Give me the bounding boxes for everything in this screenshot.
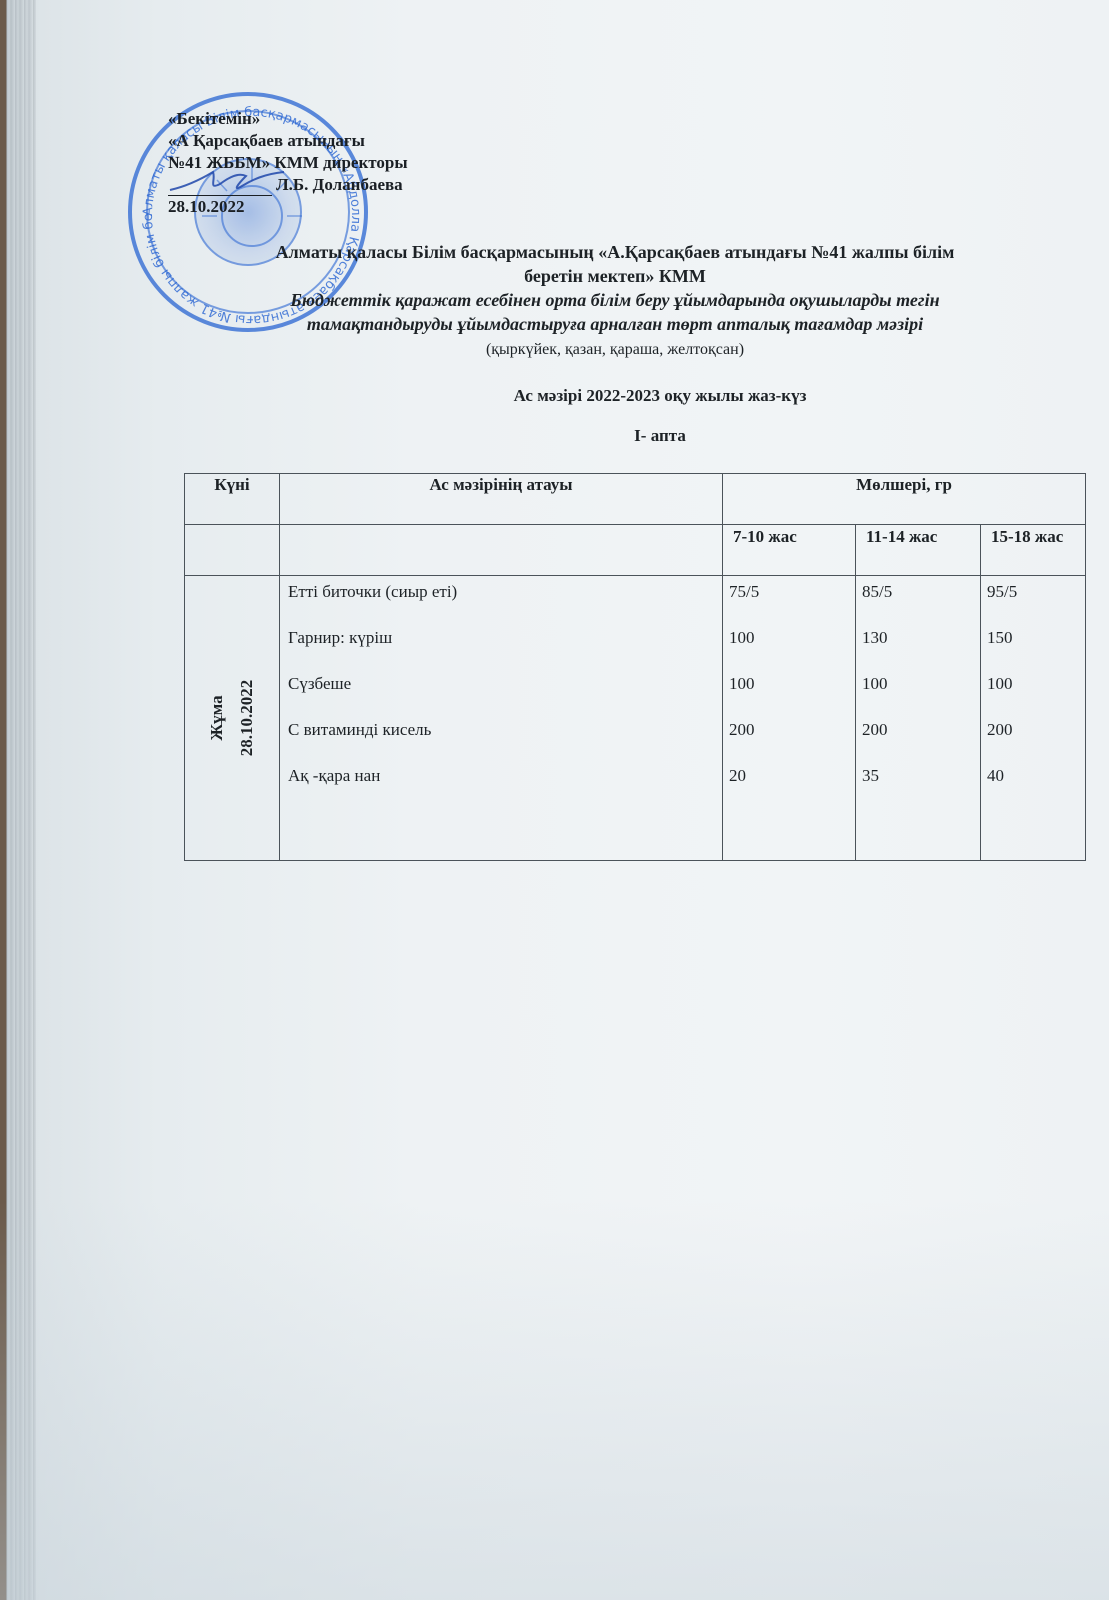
qty-value: 130 (862, 628, 980, 674)
approval-date: 28.10.2022 (168, 196, 408, 218)
table-row: Жұма 28.10.2022 Етті биточки (сиыр еті) … (185, 576, 1086, 861)
organization-title-line-2: беретін мектеп» КММ (180, 264, 1050, 288)
qty-cell-7-10: 75/5 100 100 200 20 (723, 576, 856, 861)
age-group-15-18: 15-18 жас (981, 525, 1086, 576)
qty-value: 40 (987, 766, 1085, 812)
organization-title-line-1: Алматы қаласы Білім басқармасының «А.Қар… (180, 240, 1050, 264)
signature-line (168, 179, 272, 196)
qty-value: 150 (987, 628, 1085, 674)
header-day: Күні (185, 474, 280, 525)
approval-signer-row: Л.Б. Доланбаева (168, 174, 408, 196)
page-shading (0, 1200, 1109, 1600)
qty-cell-15-18: 95/5 150 100 200 40 (981, 576, 1086, 861)
approval-title: «Бекітемін» (168, 108, 408, 130)
menu-item: С витаминді кисель (288, 720, 722, 766)
approval-line-1: «А Қарсақбаев атындағы (168, 130, 408, 152)
approval-signer: Л.Б. Доланбаева (276, 175, 403, 194)
months-note: (қыркүйек, қазан, қараша, желтоқсан) (180, 338, 1050, 362)
menu-items-cell: Етті биточки (сиыр еті) Гарнир: күріш Сү… (280, 576, 723, 861)
age-group-7-10: 7-10 жас (723, 525, 856, 576)
qty-value: 100 (987, 674, 1085, 720)
qty-value: 85/5 (862, 582, 980, 628)
document-subtitle-line-2: тамақтандыруды ұйымдастыруға арналған тө… (180, 312, 1050, 336)
qty-value: 100 (862, 674, 980, 720)
empty-cell (185, 525, 280, 576)
qty-value: 95/5 (987, 582, 1085, 628)
qty-value: 200 (729, 720, 855, 766)
header-quantity: Мөлшері, гр (723, 474, 1086, 525)
approval-line-2: №41 ЖББМ» КММ директоры (168, 152, 408, 174)
qty-value: 100 (729, 628, 855, 674)
organization-title: Алматы қаласы Білім басқармасының «А.Қар… (180, 240, 1050, 288)
age-group-row: 7-10 жас 11-14 жас 15-18 жас (185, 525, 1086, 576)
document-subtitle: Бюджеттік қаражат есебінен орта білім бе… (180, 288, 1050, 336)
menu-item: Ақ -қара нан (288, 766, 722, 812)
qty-value: 200 (987, 720, 1085, 766)
table-header-row: Күні Ас мәзірінің атауы Мөлшері, гр (185, 474, 1086, 525)
menu-year-title: Ас мәзірі 2022-2023 оқу жылы жаз-күз (420, 384, 900, 408)
day-cell: Жұма 28.10.2022 (185, 576, 280, 861)
menu-item: Гарнир: күріш (288, 628, 722, 674)
weekday-label: Жұма (202, 680, 232, 757)
menu-item: Сүзбеше (288, 674, 722, 720)
document-subtitle-line-1: Бюджеттік қаражат есебінен орта білім бе… (180, 288, 1050, 312)
qty-value: 75/5 (729, 582, 855, 628)
week-label: I- апта (420, 424, 900, 448)
empty-cell (280, 525, 723, 576)
qty-cell-11-14: 85/5 130 100 200 35 (856, 576, 981, 861)
menu-item: Етті биточки (сиыр еті) (288, 582, 722, 628)
header-menu-name: Ас мәзірінің атауы (280, 474, 723, 525)
approval-block: «Бекітемін» «А Қарсақбаев атындағы №41 Ж… (168, 108, 408, 218)
age-group-11-14: 11-14 жас (856, 525, 981, 576)
qty-value: 100 (729, 674, 855, 720)
date-label: 28.10.2022 (232, 680, 262, 757)
qty-value: 200 (862, 720, 980, 766)
menu-table: Күні Ас мәзірінің атауы Мөлшері, гр 7-10… (184, 473, 1086, 861)
qty-value: 35 (862, 766, 980, 812)
document-page: Алматы қаласы Білім басқармасының «Абдол… (0, 0, 1109, 1600)
qty-value: 20 (729, 766, 855, 812)
